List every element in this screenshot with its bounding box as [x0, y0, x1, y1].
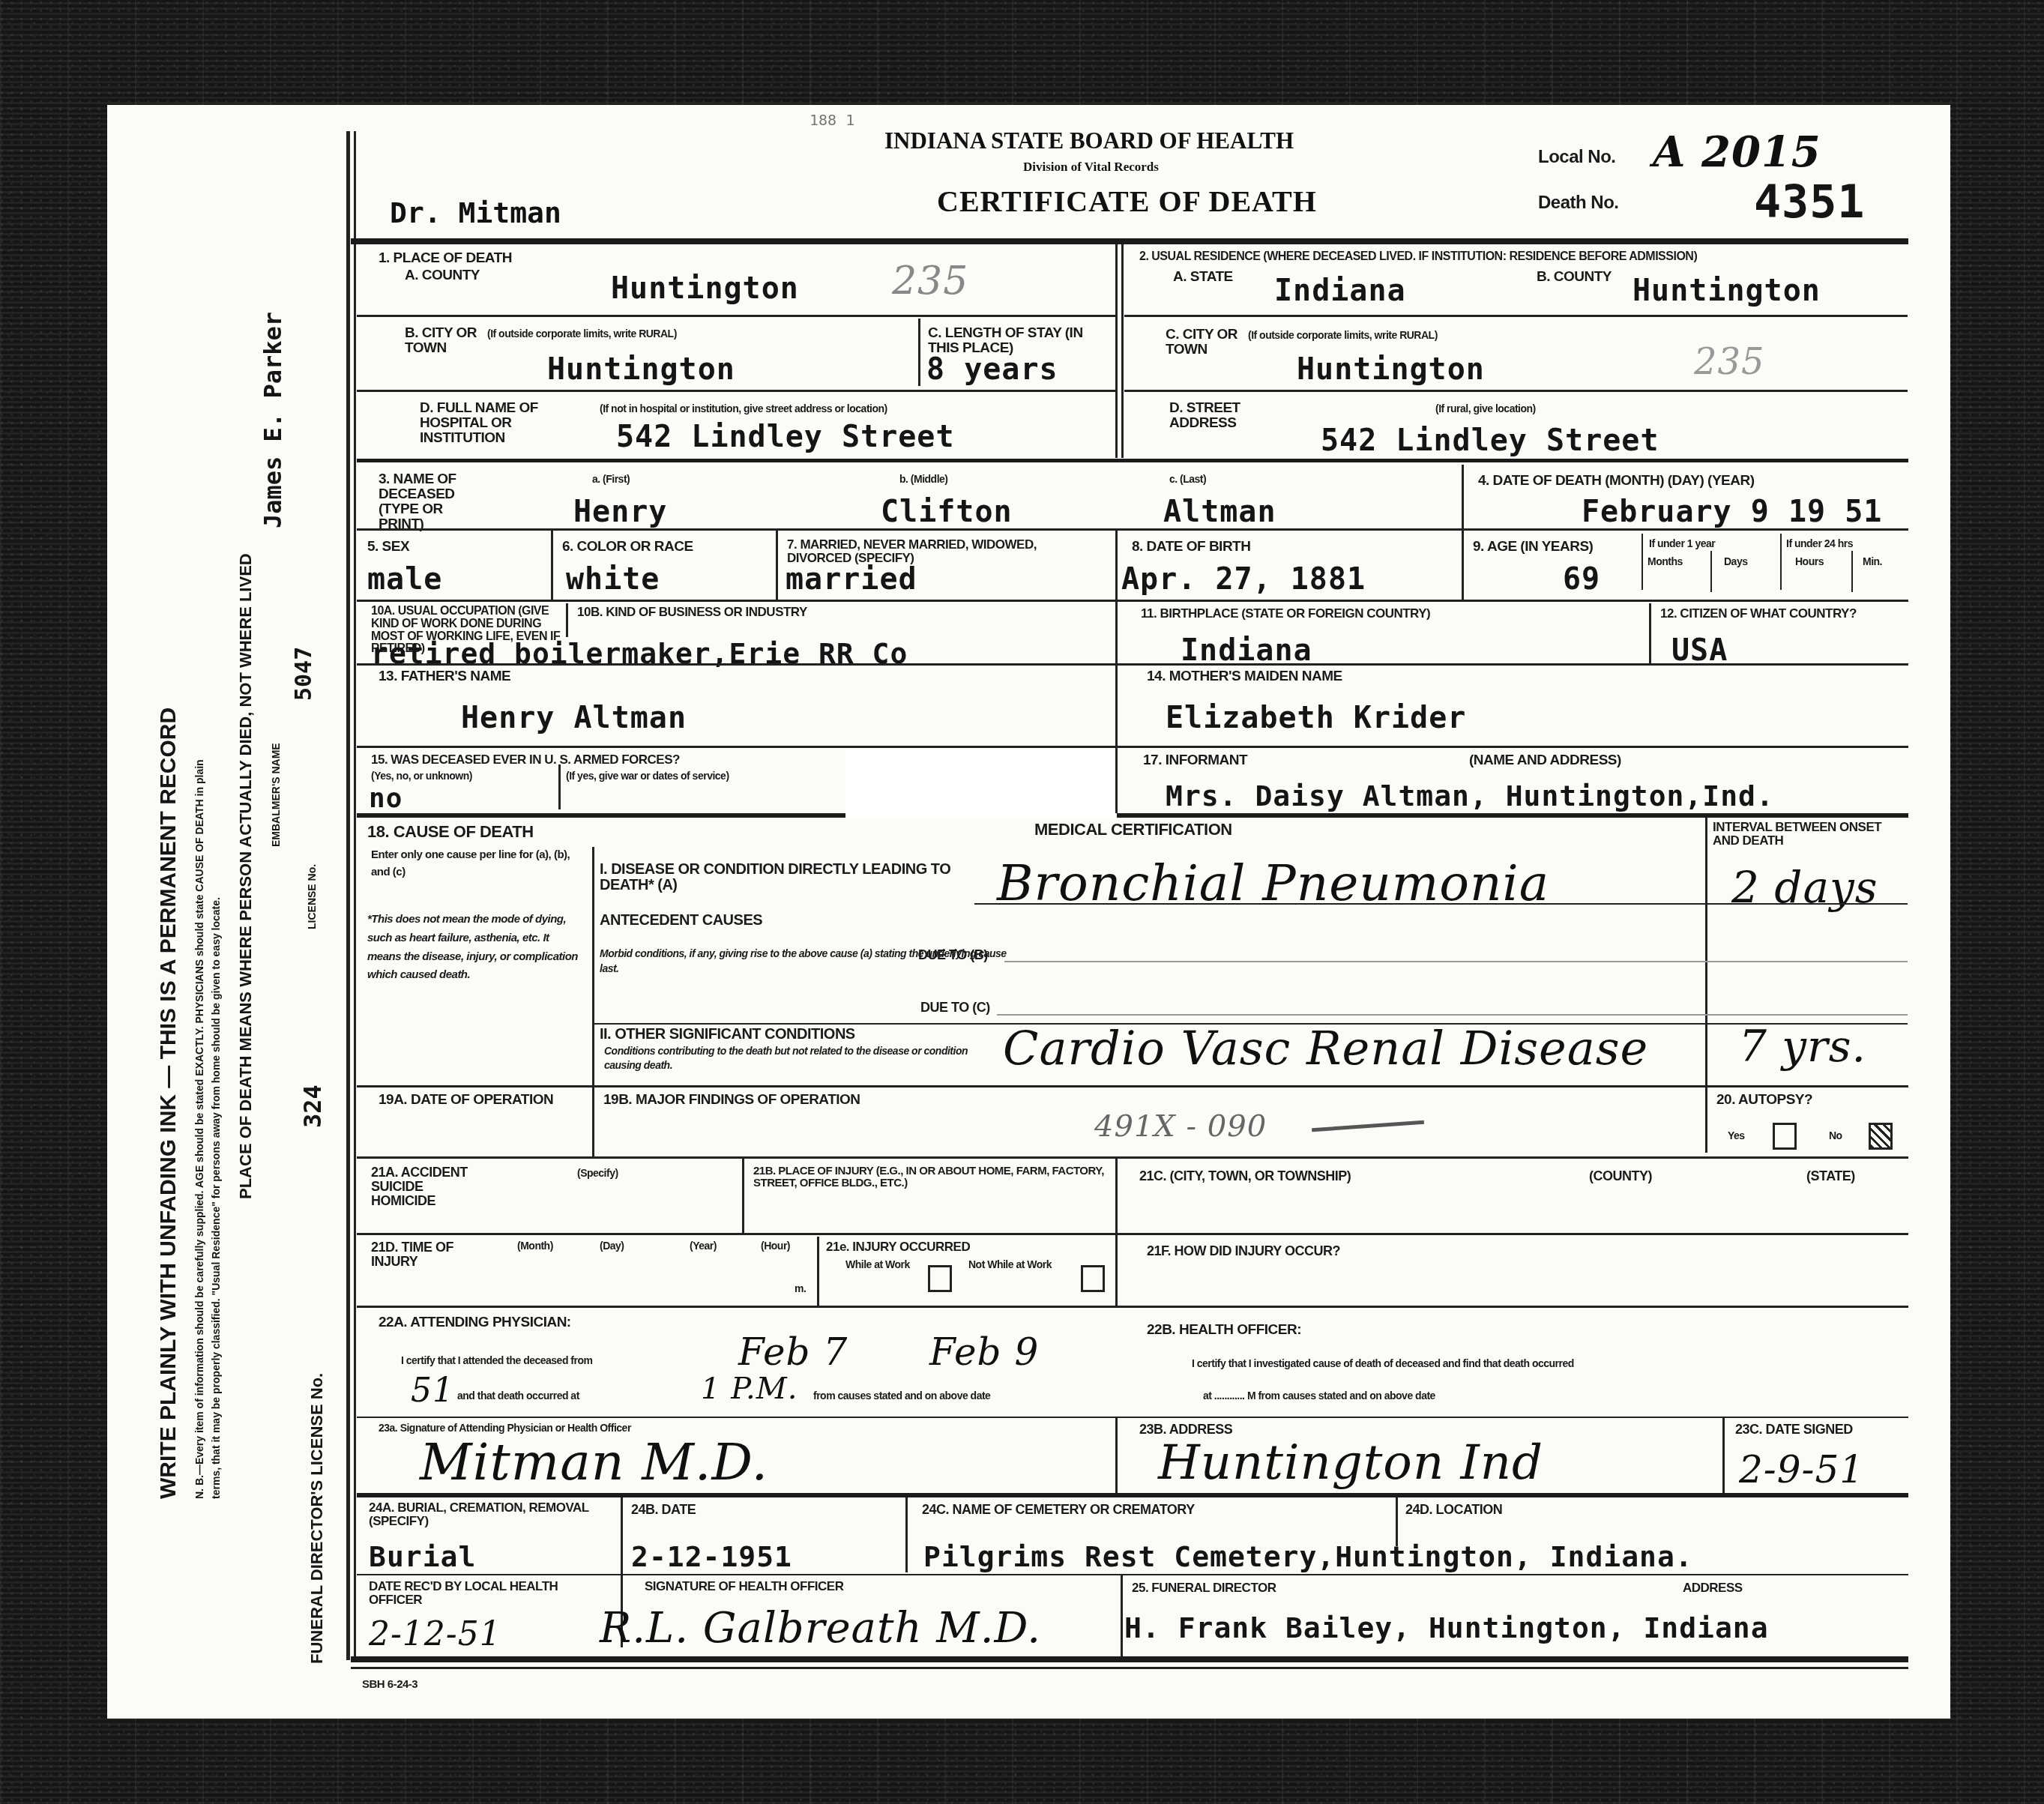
- antecedent-label: ANTECEDENT CAUSES: [600, 913, 762, 929]
- divider-date-signed: [1722, 1418, 1725, 1493]
- cause-note-1: Enter only one cause per line for (a), (…: [371, 847, 588, 881]
- footer-rule-2: [351, 1667, 1908, 1669]
- received-label: DATE REC'D BY LOCAL HEALTH OFFICER: [369, 1580, 609, 1607]
- divider-age-1: [1641, 534, 1643, 590]
- divider-age-4: [1851, 551, 1853, 592]
- frame-left-outer: [346, 131, 350, 1660]
- physician-text-2: and that death occurred at: [457, 1390, 579, 1402]
- physician-text-1: I certify that I attended the deceased f…: [401, 1355, 592, 1366]
- physician-year: 51: [411, 1372, 454, 1410]
- autopsy-yes-label: Yes: [1728, 1130, 1745, 1141]
- age-days: Days: [1724, 556, 1747, 567]
- age-under-day: If under 24 hrs: [1786, 538, 1853, 549]
- operation-date-label: 19a. DATE OF OPERATION: [379, 1093, 566, 1108]
- health-text-1: I certify that I investigated cause of d…: [1192, 1358, 1574, 1369]
- due-to-b: DUE TO (b): [918, 948, 988, 962]
- while-at-work-checkbox[interactable]: [928, 1265, 952, 1292]
- residence-label: 2. USUAL RESIDENCE (Where deceased lived…: [1139, 251, 1697, 264]
- county-label: a. COUNTY: [405, 268, 480, 283]
- operation-findings-label: 19b. MAJOR FINDINGS OF OPERATION: [603, 1093, 860, 1108]
- header-rule: [351, 238, 1908, 244]
- father-name: Henry Altman: [461, 701, 687, 735]
- rule-r11: [357, 1233, 1908, 1235]
- residence-county-label: b. COUNTY: [1537, 270, 1612, 285]
- city-label: b. CITY OR TOWN: [405, 326, 487, 356]
- middle-name: Clifton: [881, 495, 1013, 529]
- rule-r2b: [1124, 390, 1908, 392]
- rule-r1a: [357, 315, 1115, 317]
- rule-disease: [974, 903, 1908, 905]
- stamp-top: 188 1: [810, 111, 854, 129]
- health-officer-label: 22b. HEALTH OFFICER:: [1147, 1323, 1301, 1338]
- division-subtitle: Division of Vital Records: [1023, 160, 1159, 175]
- divider-center-top: [1115, 244, 1118, 458]
- injury-time-hour: (Hour): [761, 1240, 790, 1252]
- embalmer-license-label: LICENSE No.: [306, 864, 318, 929]
- residence-city-label: c. CITY OR TOWN: [1166, 328, 1248, 358]
- marital-status: married: [786, 562, 917, 597]
- document-title: CERTIFICATE OF DEATH: [937, 184, 1317, 219]
- race-label: 6. COLOR OR RACE: [562, 540, 693, 555]
- divider-injury-2: [817, 1237, 819, 1306]
- agency-title: INDIANA STATE BOARD OF HEALTH: [884, 127, 1294, 154]
- rule-due-b: [1004, 961, 1908, 962]
- other-conditions: Cardio Vasc Renal Disease: [1003, 1021, 1648, 1076]
- residence-city-code: 235: [1694, 341, 1765, 383]
- middle-label: b. (Middle): [899, 474, 948, 485]
- injury-location-label: 21c. (CITY, TOWN, OR TOWNSHIP): [1139, 1169, 1351, 1183]
- divider-interval: [1705, 817, 1707, 1153]
- frame-left-inner: [354, 131, 356, 1660]
- divider-burial-3: [1396, 1497, 1398, 1546]
- injury-time-suffix: m.: [795, 1283, 806, 1294]
- age-min: Min.: [1863, 556, 1882, 567]
- funeral-director: H. Frank Bailey, Huntington, Indiana: [1124, 1611, 1769, 1644]
- rule-r10: [357, 1156, 1908, 1159]
- physician-text-3: from causes stated and on above date: [813, 1390, 990, 1402]
- signature-label: 23a. Signature of Attending Physician or…: [379, 1423, 631, 1434]
- rule-r7: [357, 746, 1908, 748]
- physician-address: Huntington Ind: [1158, 1435, 1543, 1491]
- city-hint: (If outside corporate limits, write RURA…: [487, 328, 677, 340]
- other-interval: 7 yrs.: [1739, 1021, 1866, 1072]
- marital-label: 7. MARRIED, NEVER MARRIED, WIDOWED, DIVO…: [787, 538, 1102, 565]
- divider-center-mid: [1115, 600, 1118, 813]
- father-label: 13. FATHER'S NAME: [379, 669, 510, 684]
- funeral-license: 324: [298, 1084, 327, 1128]
- residence-state-label: a. STATE: [1173, 270, 1233, 285]
- informant: Mrs. Daisy Altman, Huntington,Ind.: [1166, 779, 1774, 812]
- race: white: [566, 562, 660, 597]
- date-signed-label: 23c. DATE SIGNED: [1735, 1423, 1853, 1437]
- attended-from: Feb 7: [738, 1330, 848, 1374]
- disease-interval: 2 days: [1731, 862, 1878, 913]
- armed-war-hint: (If yes, give war or dates of service): [566, 770, 729, 782]
- age: 69: [1563, 562, 1600, 597]
- rule-r5: [357, 600, 1908, 602]
- rule-r2a: [357, 390, 1115, 392]
- location-label: 24d. LOCATION: [1405, 1503, 1502, 1517]
- rule-r15: [357, 1574, 1908, 1575]
- embalmer-license: 5047: [291, 647, 317, 701]
- divider-dob: [1462, 531, 1464, 600]
- burial-date-label: 24b. DATE: [631, 1503, 696, 1517]
- rule-r9: [357, 1085, 1908, 1087]
- death-no: 4351: [1754, 176, 1866, 229]
- age-hours: Hours: [1795, 556, 1824, 567]
- dob-label: 8. DATE OF BIRTH: [1132, 540, 1250, 555]
- rule-r3: [357, 459, 1908, 462]
- autopsy-yes-checkbox[interactable]: [1773, 1123, 1797, 1150]
- injury-occurred-label: 21e. INJURY OCCURRED: [826, 1240, 970, 1254]
- cemetery-label: 24c. NAME OF CEMETERY OR CREMATORY: [922, 1503, 1195, 1517]
- rule-r12: [357, 1306, 1908, 1308]
- place-hospital: 542 Lindley Street: [616, 420, 954, 454]
- rule-r4: [357, 528, 1908, 531]
- age-label: 9. AGE (In years): [1473, 540, 1593, 555]
- business-label: 10b. KIND OF BUSINESS OR INDUSTRY: [577, 606, 1102, 619]
- mother-maiden-name: Elizabeth Krider: [1166, 701, 1466, 735]
- injury-time-label: 21d. TIME OF INJURY: [371, 1240, 476, 1269]
- medical-section-title: MEDICAL CERTIFICATION: [1034, 821, 1232, 838]
- stay-label: c. LENGTH OF STAY (in this place): [928, 326, 1100, 356]
- date-of-death: February 9 19 51: [1582, 495, 1882, 529]
- divider-citizen: [1649, 603, 1651, 663]
- rule-r1b: [1124, 315, 1908, 317]
- divider-stay: [918, 319, 920, 386]
- rule-r6: [357, 663, 1908, 666]
- divider-address: [1115, 1418, 1118, 1493]
- health-text-2: at ............ M from causes stated and…: [1203, 1390, 1435, 1402]
- name-label: 3. NAME OF DECEASED (Type or Print): [379, 472, 483, 532]
- director-address-label: ADDRESS: [1683, 1581, 1743, 1595]
- divider-age-3: [1780, 534, 1782, 590]
- residence-city: Huntington: [1297, 352, 1485, 387]
- rule-r8b: [1117, 813, 1908, 818]
- injury-county-col: (COUNTY): [1589, 1169, 1652, 1183]
- injury-while-work: While at Work: [845, 1259, 913, 1270]
- mother-label: 14. MOTHER'S MAIDEN NAME: [1147, 669, 1342, 684]
- margin-instructions-1: N. B.—Every item of information should b…: [193, 759, 205, 1499]
- divider-cause: [592, 847, 594, 1085]
- place-county-code: 235: [892, 259, 968, 304]
- autopsy-no-checkbox[interactable]: [1869, 1123, 1893, 1150]
- form-code: SBH 6-24-3: [362, 1679, 417, 1691]
- autopsy-label: 20. AUTOPSY?: [1716, 1093, 1812, 1108]
- hospital-label: d. FULL NAME OF HOSPITAL OR INSTITUTION: [420, 401, 600, 446]
- informant-hint: (NAME AND ADDRESS): [1469, 753, 1621, 768]
- residence-state: Indiana: [1274, 274, 1406, 308]
- local-no: A 2015: [1653, 127, 1821, 177]
- physician-header: Dr. Mitman: [390, 196, 561, 229]
- injury-state-col: (STATE): [1806, 1169, 1855, 1183]
- rule-r14: [357, 1493, 1908, 1497]
- injury-time-year: (Year): [690, 1240, 717, 1252]
- disease-label: I. DISEASE OR CONDITION DIRECTLY LEADING…: [600, 862, 1004, 893]
- health-signature-label: SIGNATURE OF HEALTH OFFICER: [645, 1580, 843, 1593]
- director-label: 25. FUNERAL DIRECTOR: [1132, 1581, 1276, 1595]
- attended-to: Feb 9: [929, 1330, 1039, 1374]
- cause-note-2: *This does not mean the mode of dying, s…: [367, 911, 585, 985]
- first-name: Henry: [573, 495, 667, 529]
- divider-director: [1121, 1575, 1123, 1656]
- divider-burial-2: [905, 1497, 908, 1572]
- age-months: Months: [1647, 556, 1683, 567]
- length-of-stay: 8 years: [926, 352, 1058, 387]
- other-conditions-label: II. OTHER SIGNIFICANT CONDITIONS: [600, 1027, 855, 1043]
- sex-label: 5. SEX: [367, 540, 409, 555]
- embalmer-name-label: EMBALMER'S NAME: [270, 743, 282, 847]
- rule-due-c: [997, 1014, 1908, 1016]
- injury-how-label: 21f. HOW DID INJURY OCCUR?: [1147, 1244, 1340, 1258]
- health-officer-signature: R.L. Galbreath M.D.: [600, 1604, 1041, 1653]
- injury-not-while-work: Not While at Work: [968, 1259, 1066, 1270]
- last-name: Altman: [1163, 495, 1276, 529]
- informant-label: 17. INFORMANT: [1143, 753, 1247, 768]
- injury-place-label: 21b. PLACE OF INJURY (e.g., in or about …: [753, 1165, 1113, 1189]
- date-of-death-label: 4. DATE OF DEATH (Month) (Day) (Year): [1478, 474, 1868, 489]
- date-signed: 2-9-51: [1739, 1448, 1864, 1491]
- age-under-year: If under 1 year: [1649, 538, 1715, 549]
- received-date: 2-12-51: [369, 1615, 501, 1653]
- divider-occupation: [566, 603, 568, 637]
- margin-permanent-record: WRITE PLAINLY WITH UNFADING INK — THIS I…: [156, 708, 181, 1499]
- classification-code: 491X - 090: [1094, 1109, 1267, 1144]
- autopsy-no-label: No: [1829, 1130, 1842, 1141]
- armed-forces: no: [369, 783, 403, 814]
- other-conditions-note: Conditions contributing to the death but…: [604, 1044, 1001, 1073]
- injury-time-month: (Month): [517, 1240, 553, 1252]
- physician-signature: Mitman M.D.: [420, 1433, 768, 1492]
- place-city: Huntington: [547, 352, 735, 387]
- date-of-birth: Apr. 27, 1881: [1121, 562, 1366, 597]
- residence-city-hint: (If outside corporate limits, write RURA…: [1248, 330, 1438, 341]
- last-label: c. (Last): [1169, 474, 1206, 485]
- place-of-death-label: 1. PLACE OF DEATH: [379, 251, 512, 266]
- residence-county: Huntington: [1633, 274, 1821, 308]
- sex: male: [367, 562, 442, 597]
- divider-sex: [551, 531, 553, 600]
- divider-armed: [558, 764, 561, 809]
- rule-r13: [357, 1417, 1908, 1418]
- divider-race: [776, 531, 778, 600]
- injury-specify: (Specify): [577, 1168, 618, 1179]
- funeral-license-label: FUNERAL DIRECTOR'S LICENSE No.: [307, 1373, 327, 1664]
- citizen-label: 12. CITIZEN OF WHAT COUNTRY?: [1660, 607, 1908, 621]
- interval-label: INTERVAL BETWEEN ONSET AND DEATH: [1713, 821, 1908, 848]
- hospital-hint: (If not in hospital or institution, give…: [600, 403, 887, 414]
- margin-place-note: PLACE OF DEATH MEANS WHERE PERSON ACTUAL…: [236, 553, 256, 1199]
- footer-rule: [351, 1656, 1908, 1662]
- burial-type: Burial: [369, 1540, 476, 1573]
- redacted-social-security: [845, 749, 1115, 818]
- divider-center-top-2: [1121, 244, 1124, 458]
- divider-age-2: [1710, 551, 1712, 592]
- residence-street: 542 Lindley Street: [1321, 423, 1659, 458]
- injury-time-day: (Day): [600, 1240, 624, 1252]
- due-to-c: DUE TO (c): [920, 1001, 990, 1015]
- divider-marital: [1115, 531, 1118, 600]
- first-label: a. (First): [592, 474, 630, 485]
- residence-street-hint: (If rural, give location): [1435, 403, 1536, 414]
- physician-label: 22a. ATTENDING PHYSICIAN:: [379, 1315, 571, 1330]
- place-county: Huntington: [611, 271, 799, 306]
- armed-forces-label: 15. WAS DECEASED EVER IN U. S. ARMED FOR…: [371, 753, 680, 767]
- death-no-label: Death No.: [1538, 193, 1619, 212]
- margin-instructions-2: terms, that it may be properly classifie…: [210, 897, 222, 1499]
- not-while-at-work-checkbox[interactable]: [1081, 1265, 1105, 1292]
- rule-r8: [357, 813, 845, 818]
- burial-type-label: 24a. BURIAL, CREMATION, REMOVAL (Specify…: [369, 1501, 594, 1528]
- death-time: 1 P.M.: [701, 1372, 798, 1406]
- embalmer-name: James E. Parker: [259, 312, 287, 528]
- divider-dod: [1462, 465, 1464, 528]
- burial-date: 2-12-1951: [631, 1540, 792, 1573]
- local-no-label: Local No.: [1538, 148, 1616, 166]
- cemetery: Pilgrims Rest Cemetery,Huntington, India…: [923, 1540, 1693, 1573]
- residence-street-label: d. STREET ADDRESS: [1169, 401, 1289, 431]
- divider-injury-center: [1115, 1158, 1118, 1306]
- divider-operation: [592, 1085, 594, 1156]
- divider-injury-1: [742, 1158, 744, 1233]
- cause-label: 18. CAUSE OF DEATH: [367, 823, 534, 840]
- injury-type-label: 21a. ACCIDENT SUICIDE HOMICIDE: [371, 1165, 483, 1208]
- armed-forces-hint: (Yes, no, or unknown): [371, 770, 472, 782]
- birthplace-label: 11. BIRTHPLACE (State or foreign country…: [1141, 607, 1430, 621]
